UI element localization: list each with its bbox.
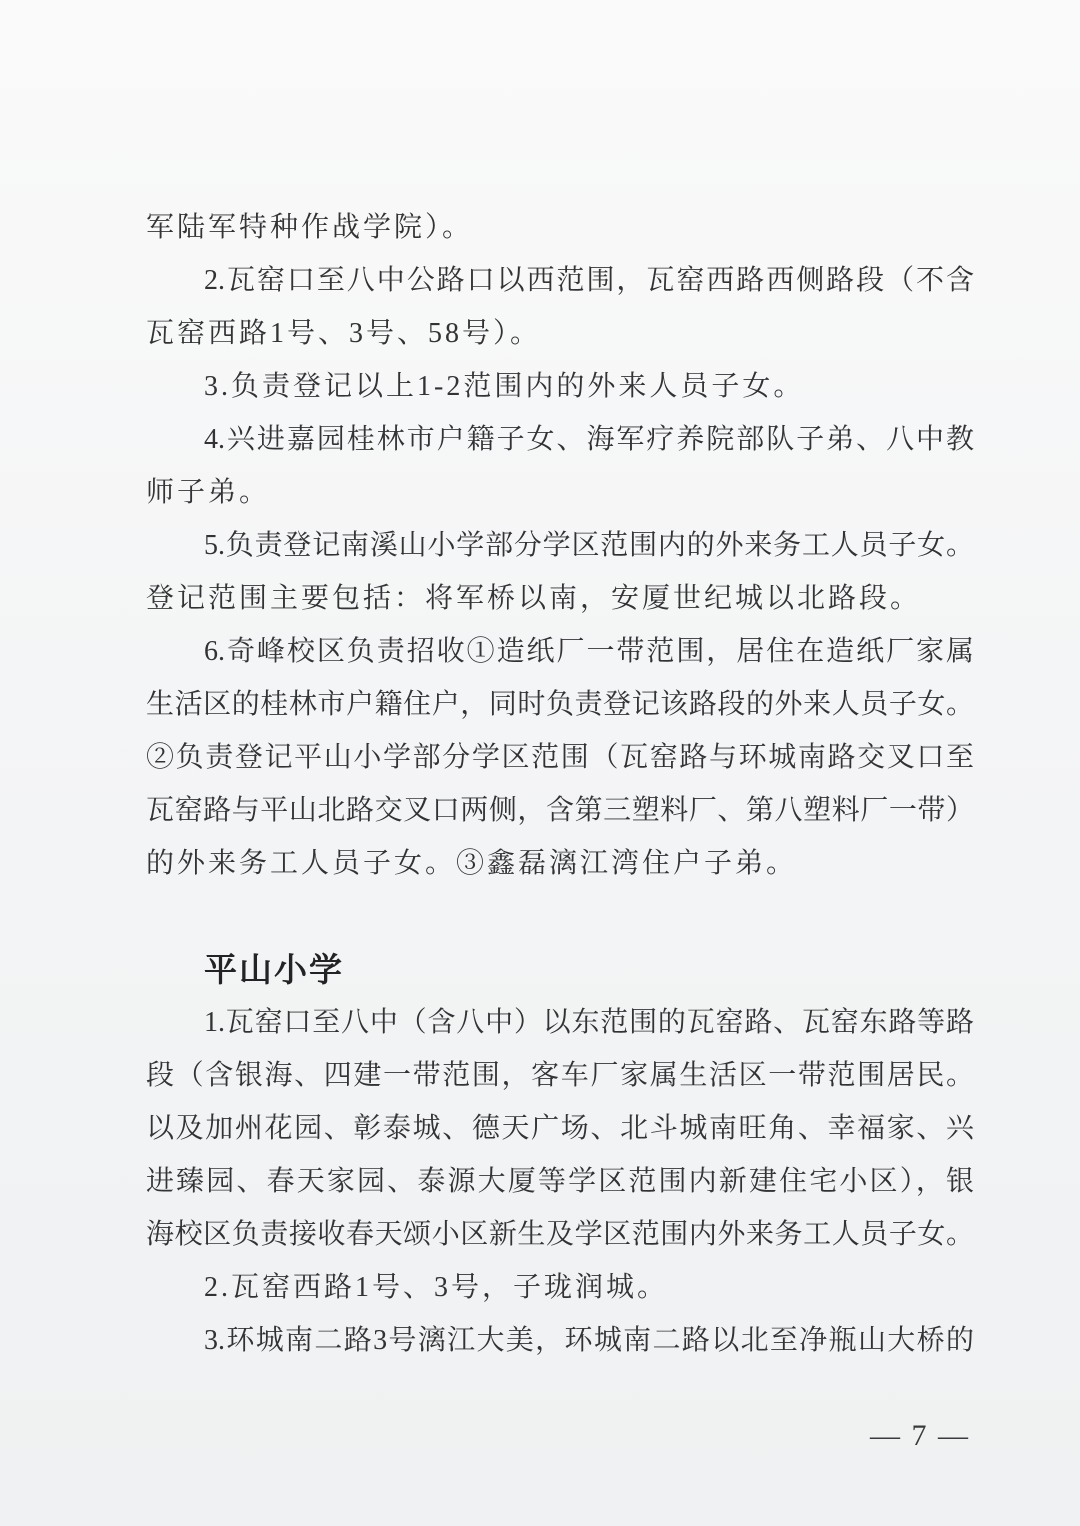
text-line: 登记范围主要包括：将军桥以南，安厦世纪城以北路段。: [146, 572, 974, 625]
text-line: 4.兴进嘉园桂林市户籍子女、海军疗养院部队子弟、八中教: [146, 413, 974, 466]
text-line: 瓦窑西路1号、3号、58号）。: [146, 307, 974, 360]
text-line: 以及加州花园、彰泰城、德天广场、北斗城南旺角、幸福家、兴: [146, 1102, 974, 1155]
text-line: 5.负责登记南溪山小学部分学区范围内的外来务工人员子女。: [146, 519, 974, 572]
text-line: 进臻园、春天家园、泰源大厦等学区范围内新建住宅小区），银: [146, 1155, 974, 1208]
text-line: 海校区负责接收春天颂小区新生及学区范围内外来务工人员子女。: [146, 1208, 974, 1261]
text-line: 2.瓦窑西路1号、3号，子珑润城。: [146, 1261, 974, 1314]
text-line: ②负责登记平山小学部分学区范围（瓦窑路与环城南路交叉口至: [146, 731, 974, 784]
text-line: 3.负责登记以上1-2范围内的外来人员子女。: [146, 360, 974, 413]
page-number: — 7 —: [146, 1409, 974, 1462]
text-line: 6.奇峰校区负责招收①造纸厂一带范围，居住在造纸厂家属: [146, 625, 974, 678]
text-line: 瓦窑路与平山北路交叉口两侧，含第三塑料厂、第八塑料厂一带）: [146, 784, 974, 837]
text-line: 的外来务工人员子女。③鑫磊漓江湾住户子弟。: [146, 837, 974, 890]
text-line: 1.瓦窑口至八中（含八中）以东范围的瓦窑路、瓦窑东路等路: [146, 996, 974, 1049]
text-line: 师子弟。: [146, 466, 974, 519]
text-line: 生活区的桂林市户籍住户，同时负责登记该路段的外来人员子女。: [146, 678, 974, 731]
document-page: 军陆军特种作战学院）。 2.瓦窑口至八中公路口以西范围，瓦窑西路西侧路段（不含 …: [0, 0, 1080, 1526]
section-heading: 平山小学: [146, 943, 974, 996]
document-body: 军陆军特种作战学院）。 2.瓦窑口至八中公路口以西范围，瓦窑西路西侧路段（不含 …: [146, 201, 974, 1462]
text-line: 3.环城南二路3号漓江大美，环城南二路以北至净瓶山大桥的: [146, 1314, 974, 1367]
text-line: 2.瓦窑口至八中公路口以西范围，瓦窑西路西侧路段（不含: [146, 254, 974, 307]
text-line: 段（含银海、四建一带范围，客车厂家属生活区一带范围居民。: [146, 1049, 974, 1102]
text-line: 军陆军特种作战学院）。: [146, 201, 974, 254]
